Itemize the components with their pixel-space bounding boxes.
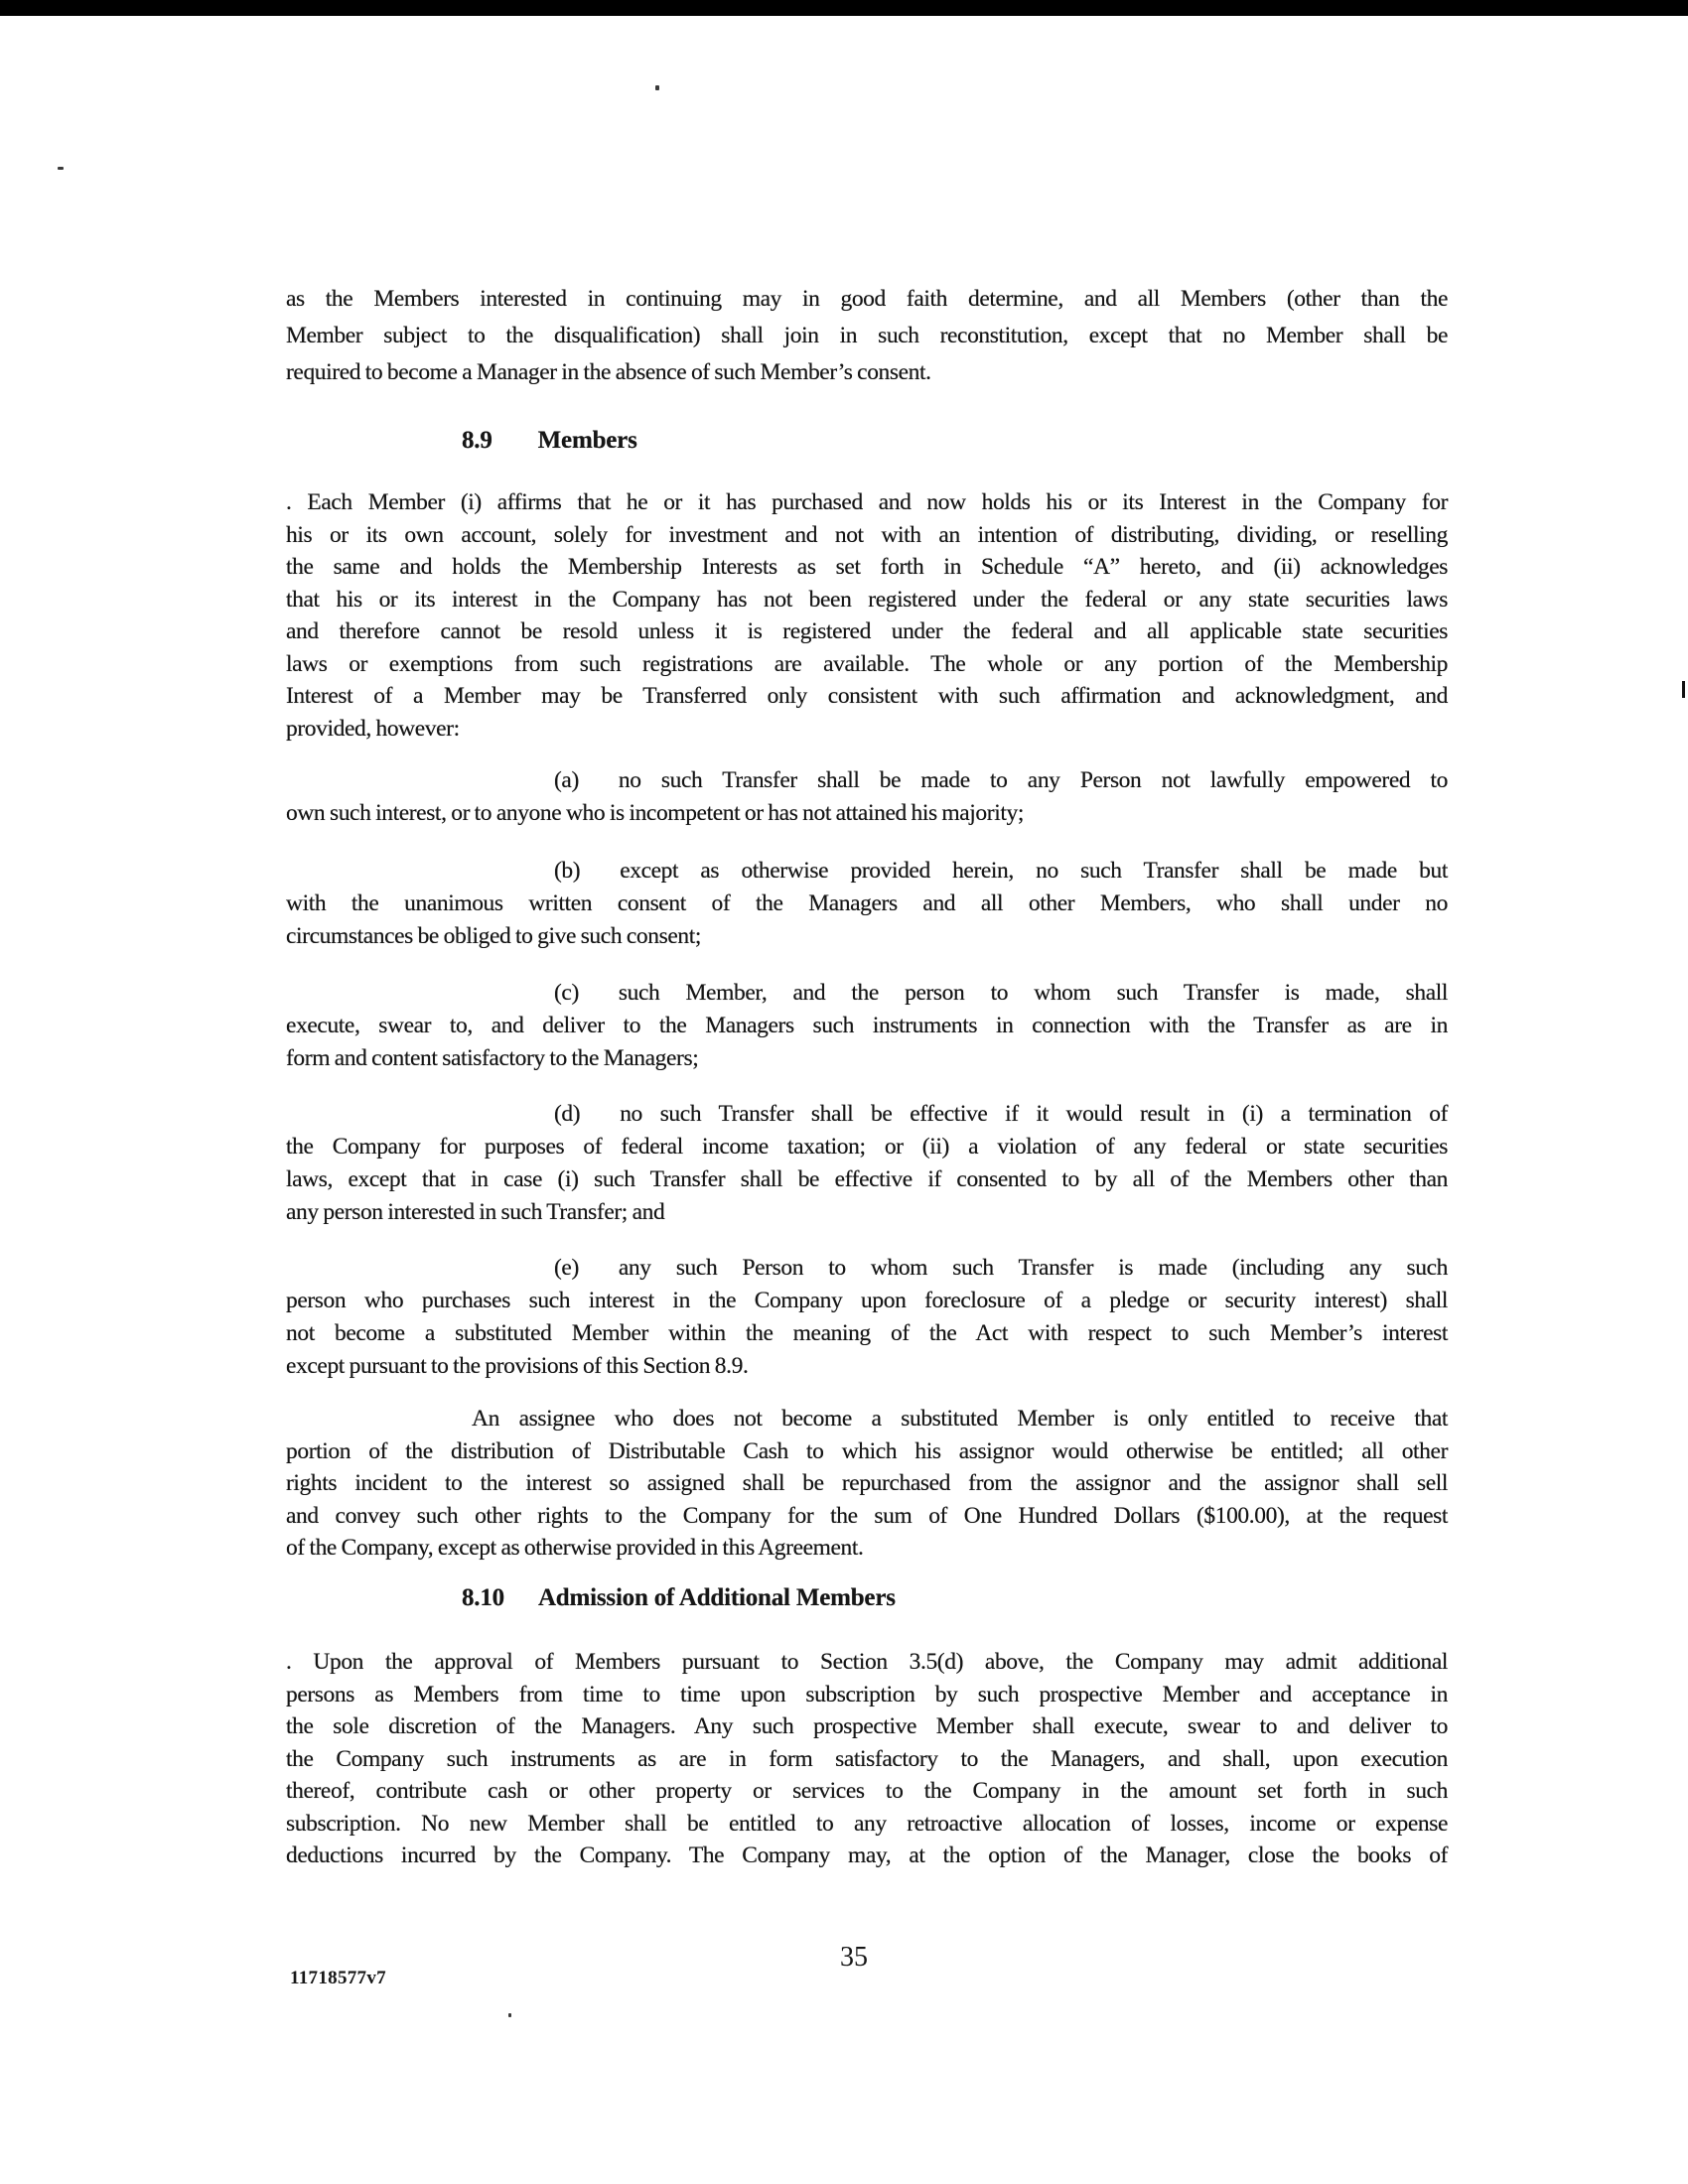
item-label: (d) — [554, 1101, 580, 1127]
paragraph-line: deductions incurred by the Company. The … — [286, 1840, 1448, 1872]
scan-speck — [508, 2013, 511, 2017]
list-item-first-line: (e)any such Person to whom such Transfer… — [286, 1252, 1448, 1285]
paragraph-line: laws or exemptions from such registratio… — [286, 648, 1448, 681]
paragraph-line: required to become a Manager in the abse… — [286, 354, 1448, 391]
paragraph-line: and therefore cannot be resold unless it… — [286, 615, 1448, 648]
intro-paragraph: as the Members interested in continuing … — [286, 281, 1448, 391]
scan-speck — [655, 85, 659, 90]
paragraph-line: circumstances be obliged to give such co… — [286, 920, 1448, 953]
assignee-paragraph: An assignee who does not become a substi… — [286, 1403, 1448, 1565]
paragraph-line: An assignee who does not become a substi… — [286, 1403, 1448, 1435]
paragraph-line: subscription. No new Member shall be ent… — [286, 1808, 1448, 1841]
paragraph-line: thereof, contribute cash or other proper… — [286, 1775, 1448, 1808]
paragraph-line: form and content satisfactory to the Man… — [286, 1042, 1448, 1075]
footer-page-number: 35 — [840, 1942, 868, 1974]
paragraph-line: except pursuant to the provisions of thi… — [286, 1350, 1448, 1383]
section-8-10-heading: 8.10Admission of Additional Members — [286, 1584, 1448, 1612]
paragraph-line: rights incident to the interest so assig… — [286, 1467, 1448, 1500]
section-number: 8.9 — [462, 427, 492, 455]
paragraph-line: his or its own account, solely for inves… — [286, 519, 1448, 552]
scan-artifact-right-tick — [1682, 681, 1685, 698]
paragraph-line: person who purchases such interest in th… — [286, 1285, 1448, 1317]
paragraph-line: . Upon the approval of Members pursuant … — [286, 1646, 1448, 1679]
paragraph-line: and convey such other rights to the Comp… — [286, 1500, 1448, 1533]
list-item-d: (d)no such Transfer shall be effective i… — [286, 1098, 1448, 1229]
paragraph-line: the Company such instruments as are in f… — [286, 1743, 1448, 1776]
paragraph-line: Interest of a Member may be Transferred … — [286, 680, 1448, 713]
paragraph-line: of the Company, except as otherwise prov… — [286, 1532, 1448, 1565]
scan-speck — [58, 167, 64, 170]
paragraph-line: any person interested in such Transfer; … — [286, 1196, 1448, 1229]
paragraph-line: laws, except that in case (i) such Trans… — [286, 1163, 1448, 1196]
section-title: Members — [538, 427, 637, 454]
paragraph-line: execute, swear to, and deliver to the Ma… — [286, 1010, 1448, 1042]
paragraph-line: the same and holds the Membership Intere… — [286, 551, 1448, 584]
item-text: any such Person to whom such Transfer is… — [619, 1255, 1448, 1281]
item-text: no such Transfer shall be made to any Pe… — [619, 767, 1448, 793]
paragraph-line: that his or its interest in the Company … — [286, 584, 1448, 616]
item-label: (e) — [554, 1255, 579, 1281]
paragraph-line: the Company for purposes of federal inco… — [286, 1131, 1448, 1163]
paragraph-line: not become a substituted Member within t… — [286, 1317, 1448, 1350]
section-number: 8.10 — [462, 1584, 504, 1612]
item-label: (b) — [554, 858, 580, 884]
list-item-first-line: (b)except as otherwise provided herein, … — [286, 855, 1448, 887]
footer-document-number: 11718577v7 — [290, 1968, 386, 1989]
paragraph-line: Member subject to the disqualification) … — [286, 318, 1448, 354]
list-item-c: (c)such Member, and the person to whom s… — [286, 977, 1448, 1075]
section-title: Admission of Additional Members — [538, 1584, 896, 1611]
list-item-e: (e)any such Person to whom such Transfer… — [286, 1252, 1448, 1383]
list-item-first-line: (d)no such Transfer shall be effective i… — [286, 1098, 1448, 1131]
paragraph-line: the sole discretion of the Managers. Any… — [286, 1710, 1448, 1743]
item-label: (c) — [554, 980, 579, 1006]
document-page: as the Members interested in continuing … — [0, 0, 1688, 2184]
paragraph-line: provided, however: — [286, 713, 1448, 746]
item-label: (a) — [554, 767, 579, 793]
section-8-9-heading: 8.9Members — [286, 427, 1448, 455]
scan-artifact-top-bar — [0, 0, 1688, 16]
paragraph-line: own such interest, or to anyone who is i… — [286, 797, 1448, 830]
section-8-9-body: . Each Member (i) affirms that he or it … — [286, 486, 1448, 745]
section-8-10-body: . Upon the approval of Members pursuant … — [286, 1646, 1448, 1872]
paragraph-line: . Each Member (i) affirms that he or it … — [286, 486, 1448, 519]
paragraph-line: portion of the distribution of Distribut… — [286, 1435, 1448, 1468]
list-item-first-line: (c)such Member, and the person to whom s… — [286, 977, 1448, 1010]
list-item-b: (b)except as otherwise provided herein, … — [286, 855, 1448, 953]
paragraph-line: persons as Members from time to time upo… — [286, 1679, 1448, 1711]
paragraph-line: with the unanimous written consent of th… — [286, 887, 1448, 920]
item-text: such Member, and the person to whom such… — [619, 980, 1448, 1006]
list-item-a: (a)no such Transfer shall be made to any… — [286, 764, 1448, 830]
list-item-first-line: (a)no such Transfer shall be made to any… — [286, 764, 1448, 797]
paragraph-line: as the Members interested in continuing … — [286, 281, 1448, 318]
item-text: except as otherwise provided herein, no … — [620, 858, 1448, 884]
item-text: no such Transfer shall be effective if i… — [620, 1101, 1448, 1127]
